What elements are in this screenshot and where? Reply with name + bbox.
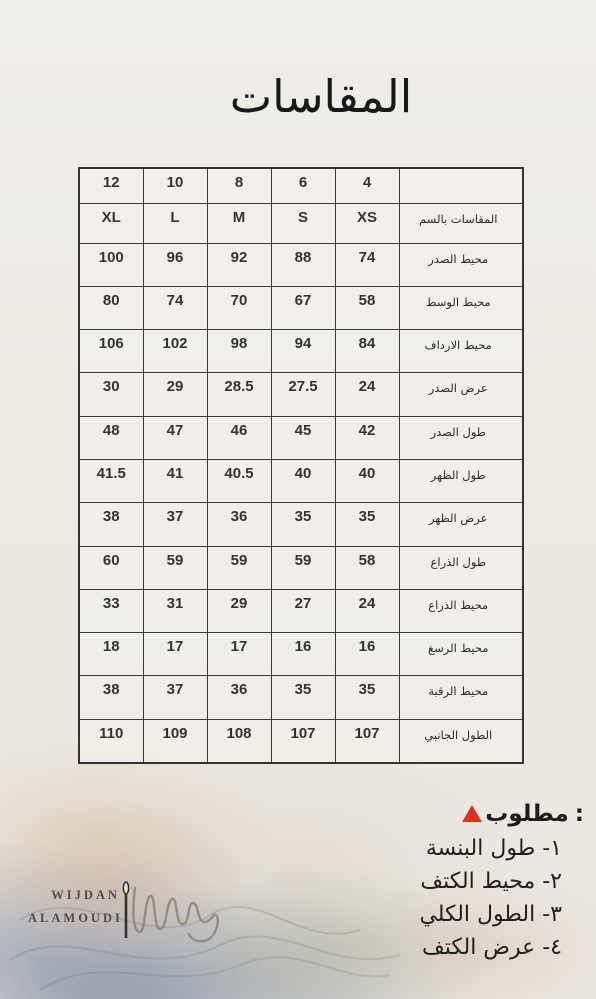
page-title: المقاسات xyxy=(0,70,596,123)
brand-name: WIJDAN ALAMOUDI xyxy=(28,884,120,930)
brand-first-name: WIJDAN xyxy=(28,884,120,907)
measure-value-cell: 70 xyxy=(207,286,271,329)
measure-value-cell: 16 xyxy=(335,633,399,676)
measure-value-cell: 59 xyxy=(207,546,271,589)
measure-value-cell: 67 xyxy=(271,286,335,329)
notes-heading-label: مطلوب xyxy=(485,801,569,827)
table-row: 6059595958طول الذراع xyxy=(79,546,523,589)
table-row: 106102989484محيط الارداف xyxy=(79,330,523,373)
brand-last-name: ALAMOUDI xyxy=(28,907,120,930)
measure-label-cell: عرض الظهر xyxy=(399,503,523,546)
measure-label-cell: الطول الجانبي xyxy=(399,719,523,762)
measure-value-cell: 40 xyxy=(335,459,399,502)
measure-value-cell: 36 xyxy=(207,503,271,546)
measure-value-cell: 33 xyxy=(79,589,143,632)
note-item: ٣- الطول الكلي xyxy=(419,898,562,931)
notes-heading-colon: : xyxy=(575,801,584,827)
measure-value-cell: 17 xyxy=(207,633,271,676)
table-row: 4847464542طول الصدر xyxy=(79,416,523,459)
measure-value-cell: 27 xyxy=(271,589,335,632)
size-letter-cell: M xyxy=(207,203,271,243)
measure-value-cell: 60 xyxy=(79,546,143,589)
measure-value-cell: 37 xyxy=(143,676,207,719)
measure-value-cell: 74 xyxy=(335,243,399,286)
measure-value-cell: 35 xyxy=(271,676,335,719)
measure-value-cell: 109 xyxy=(143,719,207,762)
measure-value-cell: 41.5 xyxy=(79,459,143,502)
measure-value-cell: 38 xyxy=(79,676,143,719)
red-triangle-icon xyxy=(462,805,482,822)
measure-value-cell: 92 xyxy=(207,243,271,286)
notes-list: ١- طول البنسة ٢- محيط الكتف ٣- الطول الك… xyxy=(419,832,562,964)
measure-label-cell: محيط الرسغ xyxy=(399,633,523,676)
measure-value-cell: 18 xyxy=(79,633,143,676)
table-row: 3837363535محيط الرقبة xyxy=(79,676,523,719)
measure-value-cell: 31 xyxy=(143,589,207,632)
units-header-cell: المقاسات بالسم xyxy=(399,203,523,243)
measure-value-cell: 38 xyxy=(79,503,143,546)
measure-value-cell: 37 xyxy=(143,503,207,546)
measure-label-cell: محيط الذراع xyxy=(399,589,523,632)
measure-value-cell: 102 xyxy=(143,330,207,373)
table-row: 41.54140.54040طول الظهر xyxy=(79,459,523,502)
table-row: 110109108107107الطول الجانبي xyxy=(79,719,523,762)
table-row: 302928.527.524عرض الصدر xyxy=(79,373,523,416)
measure-value-cell: 88 xyxy=(271,243,335,286)
measure-value-cell: 35 xyxy=(335,676,399,719)
table-row: 3837363535عرض الظهر xyxy=(79,503,523,546)
measure-value-cell: 16 xyxy=(271,633,335,676)
size-number-cell: 10 xyxy=(143,168,207,203)
measure-value-cell: 45 xyxy=(271,416,335,459)
required-notes: مطلوب : ١- طول البنسة ٢- محيط الكتف ٣- ا… xyxy=(419,801,584,964)
size-number-cell: 4 xyxy=(335,168,399,203)
measure-label-cell: محيط الرقبة xyxy=(399,676,523,719)
measure-value-cell: 98 xyxy=(207,330,271,373)
size-letter-cell: XL xyxy=(79,203,143,243)
table-row: 1817171616محيط الرسغ xyxy=(79,633,523,676)
sizes-table: 1210864XLLMSXSالمقاسات بالسم10096928874م… xyxy=(78,167,524,764)
table-row: 3331292724محيط الذراع xyxy=(79,589,523,632)
table-row: 8074706758محيط الوسط xyxy=(79,286,523,329)
size-letter-cell: S xyxy=(271,203,335,243)
measure-value-cell: 41 xyxy=(143,459,207,502)
measure-value-cell: 94 xyxy=(271,330,335,373)
measure-value-cell: 84 xyxy=(335,330,399,373)
measure-value-cell: 36 xyxy=(207,676,271,719)
size-chart-container: 1210864XLLMSXSالمقاسات بالسم10096928874م… xyxy=(78,167,524,764)
size-number-cell: 6 xyxy=(271,168,335,203)
measure-value-cell: 35 xyxy=(335,503,399,546)
measure-value-cell: 46 xyxy=(207,416,271,459)
measure-value-cell: 107 xyxy=(271,719,335,762)
measure-label-cell: طول الصدر xyxy=(399,416,523,459)
measure-label-cell: عرض الصدر xyxy=(399,373,523,416)
notes-heading-row: مطلوب : xyxy=(419,801,584,827)
measure-value-cell: 35 xyxy=(271,503,335,546)
corner-cell xyxy=(399,168,523,203)
measure-value-cell: 17 xyxy=(143,633,207,676)
signature-icon xyxy=(129,876,229,948)
measure-value-cell: 106 xyxy=(79,330,143,373)
measure-value-cell: 40.5 xyxy=(207,459,271,502)
size-letter-cell: L xyxy=(143,203,207,243)
table-row: 1210864 xyxy=(79,168,523,203)
measure-value-cell: 96 xyxy=(143,243,207,286)
measure-value-cell: 40 xyxy=(271,459,335,502)
measure-value-cell: 24 xyxy=(335,589,399,632)
measure-value-cell: 30 xyxy=(79,373,143,416)
measure-value-cell: 47 xyxy=(143,416,207,459)
measure-value-cell: 108 xyxy=(207,719,271,762)
table-row: XLLMSXSالمقاسات بالسم xyxy=(79,203,523,243)
measure-value-cell: 74 xyxy=(143,286,207,329)
measure-value-cell: 80 xyxy=(79,286,143,329)
size-number-cell: 8 xyxy=(207,168,271,203)
measure-value-cell: 59 xyxy=(271,546,335,589)
size-number-cell: 12 xyxy=(79,168,143,203)
note-item: ١- طول البنسة xyxy=(419,832,562,865)
size-letter-cell: XS xyxy=(335,203,399,243)
measure-value-cell: 29 xyxy=(143,373,207,416)
measure-value-cell: 42 xyxy=(335,416,399,459)
sizes-table-body: 1210864XLLMSXSالمقاسات بالسم10096928874م… xyxy=(79,168,523,763)
measure-value-cell: 29 xyxy=(207,589,271,632)
measure-value-cell: 28.5 xyxy=(207,373,271,416)
measure-value-cell: 100 xyxy=(79,243,143,286)
measure-value-cell: 27.5 xyxy=(271,373,335,416)
measure-value-cell: 48 xyxy=(79,416,143,459)
measure-value-cell: 59 xyxy=(143,546,207,589)
measure-label-cell: محيط الوسط xyxy=(399,286,523,329)
measure-label-cell: محيط الارداف xyxy=(399,330,523,373)
measure-value-cell: 24 xyxy=(335,373,399,416)
measure-label-cell: محيط الصدر xyxy=(399,243,523,286)
table-row: 10096928874محيط الصدر xyxy=(79,243,523,286)
measure-value-cell: 58 xyxy=(335,286,399,329)
measure-label-cell: طول الظهر xyxy=(399,459,523,502)
measure-value-cell: 110 xyxy=(79,719,143,762)
measure-value-cell: 58 xyxy=(335,546,399,589)
measure-value-cell: 107 xyxy=(335,719,399,762)
note-item: ٤- عرض الكتف xyxy=(419,931,562,964)
measure-label-cell: طول الذراع xyxy=(399,546,523,589)
note-item: ٢- محيط الكتف xyxy=(419,865,562,898)
